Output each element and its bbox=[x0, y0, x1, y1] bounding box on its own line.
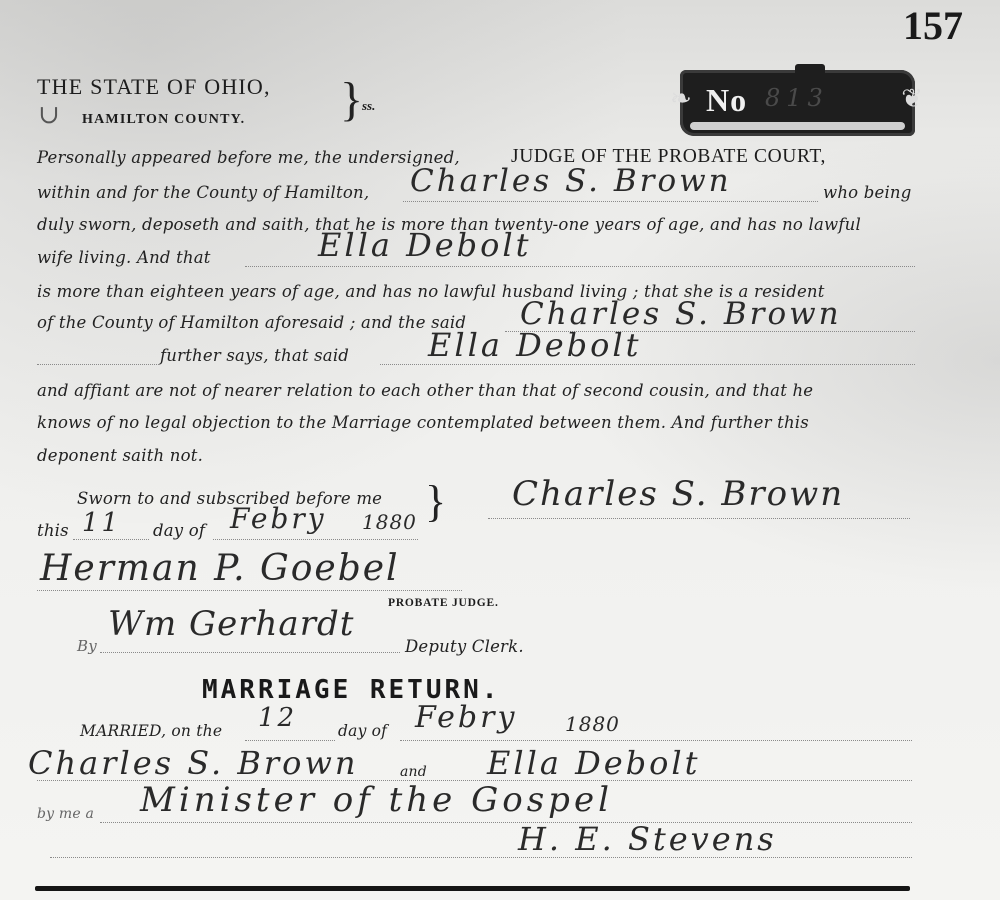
officiant-name-field-line bbox=[50, 857, 912, 858]
page-number: 157 bbox=[903, 2, 963, 49]
affidavit-line-10: deponent saith not. bbox=[37, 446, 203, 465]
groom-name-field-line bbox=[403, 201, 818, 202]
marriage-record-page: 157 THE STATE OF OHIO, ∪ HAMILTON COUNTY… bbox=[0, 0, 1000, 900]
scroll-ornament-left-icon: ❧ bbox=[670, 84, 692, 114]
married-date-field-line bbox=[400, 740, 912, 741]
clerk-signature[interactable]: Wm Gerhardt bbox=[108, 604, 354, 644]
sworn-year-value[interactable]: 1880 bbox=[362, 510, 417, 534]
number-label: No bbox=[706, 82, 747, 119]
bride-name-handwritten[interactable]: Ella Debolt bbox=[318, 226, 532, 264]
affidavit-line-1a: Personally appeared before me, the under… bbox=[37, 148, 460, 167]
affidavit-line-4a: wife living. And that bbox=[37, 248, 211, 267]
married-day-value[interactable]: 12 bbox=[258, 703, 297, 733]
record-number-badge: ❧ No 813 ❦ bbox=[680, 70, 915, 136]
sworn-date-field-line bbox=[213, 539, 418, 540]
scroll-bar-ornament bbox=[690, 122, 905, 130]
sworn-brace-icon: } bbox=[425, 480, 446, 524]
officiant-name-handwritten[interactable]: H. E. Stevens bbox=[518, 820, 777, 858]
affidavit-line-6a: of the County of Hamilton aforesaid ; an… bbox=[37, 313, 466, 332]
affidavit-line-8: and affiant are not of nearer relation t… bbox=[37, 381, 813, 400]
scroll-ornament-right-icon: ❦ bbox=[901, 84, 923, 114]
bride-name-field-line bbox=[245, 266, 915, 267]
married-month-value[interactable]: Febry bbox=[415, 700, 517, 735]
judge-signature-line bbox=[37, 590, 462, 591]
affiant-signature-line bbox=[488, 518, 910, 519]
badge-tab bbox=[795, 64, 825, 74]
officiant-title-field-line bbox=[100, 822, 912, 823]
bride-name-field-line-2 bbox=[380, 364, 915, 365]
sworn-day-value[interactable]: 11 bbox=[82, 508, 121, 538]
affidavit-line-9: knows of no legal objection to the Marri… bbox=[37, 413, 809, 432]
county-heading: HAMILTON COUNTY. bbox=[82, 112, 245, 128]
married-day-of-label: day of bbox=[338, 722, 387, 740]
hook-mark-icon: ∪ bbox=[38, 100, 60, 130]
sworn-day-field-line bbox=[73, 539, 149, 540]
state-heading: THE STATE OF OHIO, bbox=[37, 74, 271, 100]
affiant-signature[interactable]: Charles S. Brown bbox=[512, 474, 844, 514]
officiant-title-handwritten[interactable]: Minister of the Gospel bbox=[140, 780, 613, 820]
record-number-value: 813 bbox=[765, 84, 829, 112]
this-label: this bbox=[37, 521, 69, 540]
by-label: By bbox=[77, 637, 97, 655]
bride-name-return[interactable]: Ella Debolt bbox=[487, 744, 701, 782]
probate-judge-title: PROBATE JUDGE. bbox=[388, 597, 499, 609]
deputy-clerk-title: Deputy Clerk. bbox=[405, 637, 524, 656]
judge-signature[interactable]: Herman P. Goebel bbox=[40, 548, 400, 589]
ss-mark: ss. bbox=[362, 98, 375, 114]
married-day-field-line bbox=[245, 740, 335, 741]
bride-name-handwritten-2[interactable]: Ella Debolt bbox=[428, 326, 642, 364]
sworn-day-of-label: day of bbox=[153, 521, 205, 540]
affidavit-line-2a: within and for the County of Hamilton, bbox=[37, 183, 369, 202]
married-year-value[interactable]: 1880 bbox=[565, 712, 620, 736]
bottom-rule bbox=[35, 886, 910, 891]
groom-name-return[interactable]: Charles S. Brown bbox=[28, 744, 358, 782]
affidavit-line-7a: further says, that said bbox=[160, 346, 349, 365]
affidavit-line-2b: who being bbox=[823, 183, 912, 202]
clerk-signature-line bbox=[100, 652, 400, 653]
by-me-a-label: by me a bbox=[37, 806, 94, 822]
married-on-label: MARRIED, on the bbox=[80, 722, 222, 740]
sworn-month-value[interactable]: Febry bbox=[230, 502, 327, 535]
and-label: and bbox=[400, 764, 427, 780]
groom-name-handwritten[interactable]: Charles S. Brown bbox=[410, 163, 732, 199]
blank-line-left bbox=[37, 364, 159, 365]
brace-icon: } bbox=[340, 76, 363, 124]
